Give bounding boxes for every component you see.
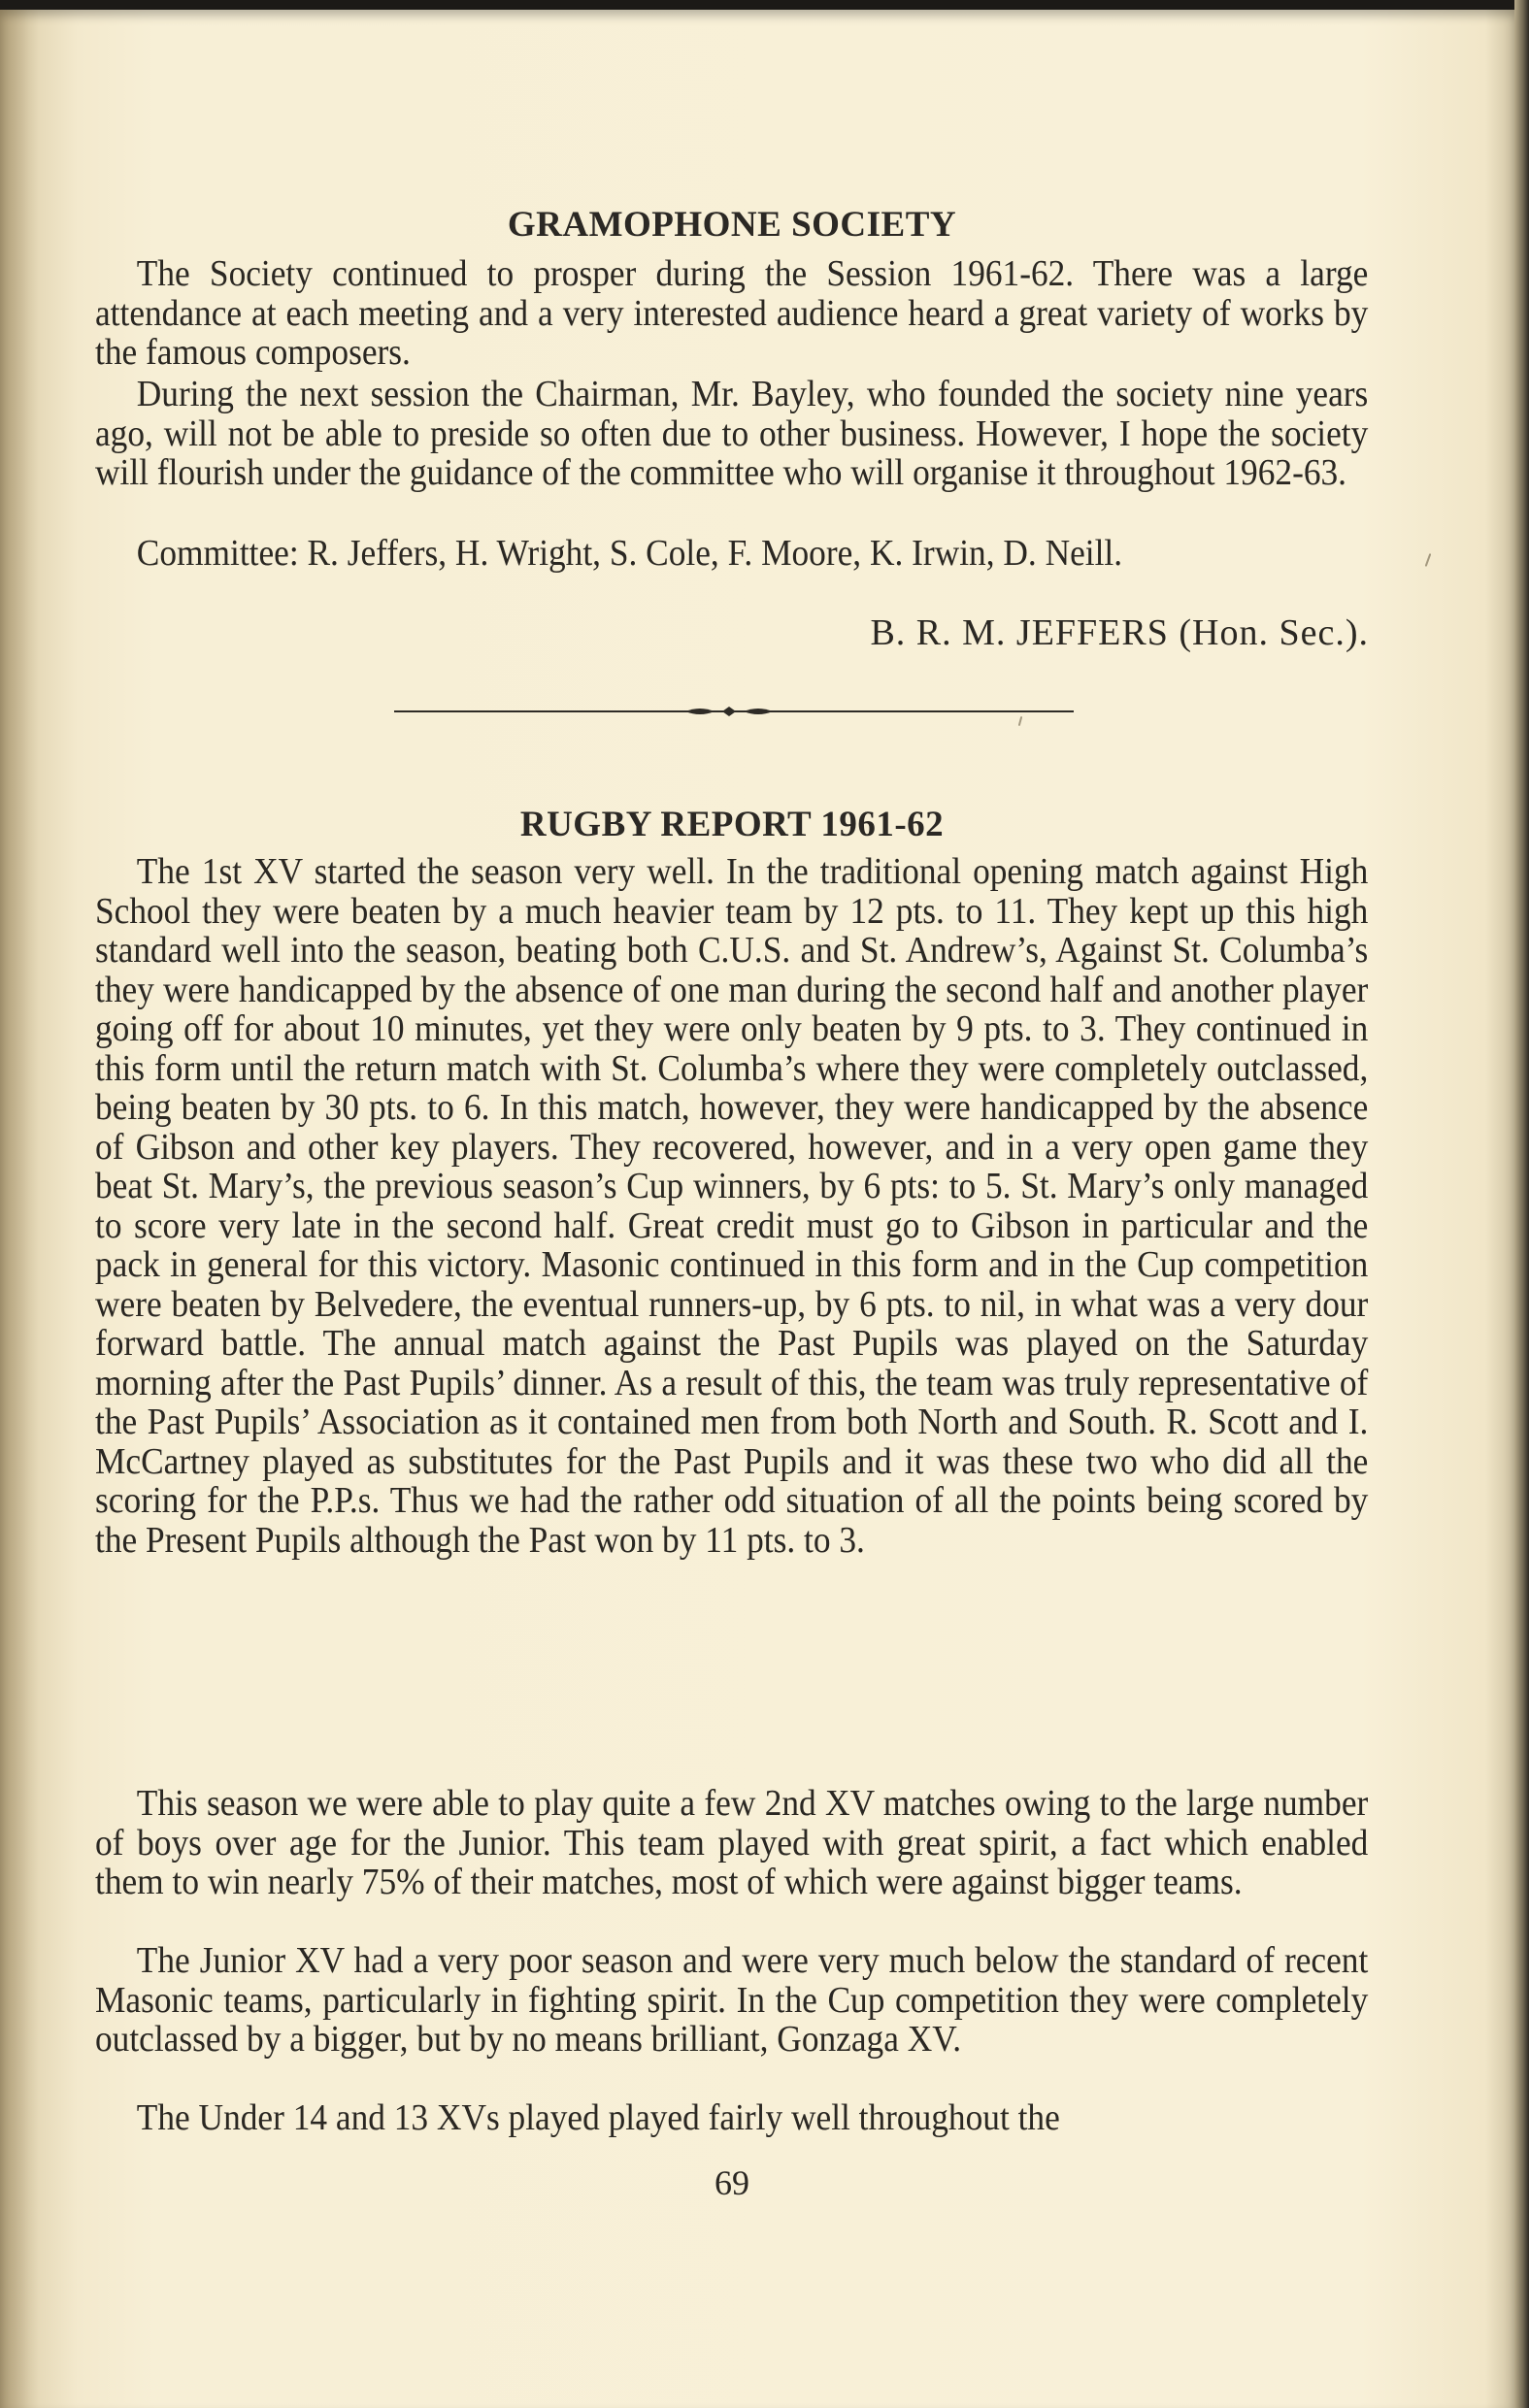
section-title-gramophone: GRAMOPHONE SOCIETY (95, 204, 1369, 246)
binding-shadow (0, 10, 39, 2408)
page-edge (1514, 0, 1529, 2408)
gramophone-paragraph-1: The Society continued to prosper during … (95, 254, 1368, 373)
ornamental-rule-icon (394, 706, 1074, 717)
rugby-paragraph-2nd-xv: This season we were able to play quite a… (95, 1784, 1368, 1902)
rugby-paragraph-under-14-13: The Under 14 and 13 XVs played played fa… (95, 2098, 1368, 2138)
section-title-rugby: RUGBY REPORT 1961-62 (95, 804, 1369, 845)
rugby-paragraph-junior-xv: The Junior XV had a very poor season and… (95, 1941, 1368, 2060)
gramophone-paragraph-2: During the next session the Chairman, Mr… (95, 375, 1368, 493)
gramophone-signature: B. R. M. JEFFERS (Hon. Sec.). (870, 611, 1369, 654)
gramophone-committee: Committee: R. Jeffers, H. Wright, S. Col… (95, 534, 1368, 574)
page-number: 69 (95, 2162, 1369, 2203)
rugby-paragraph-1st-xv: The 1st XV started the season very well.… (95, 852, 1368, 1560)
